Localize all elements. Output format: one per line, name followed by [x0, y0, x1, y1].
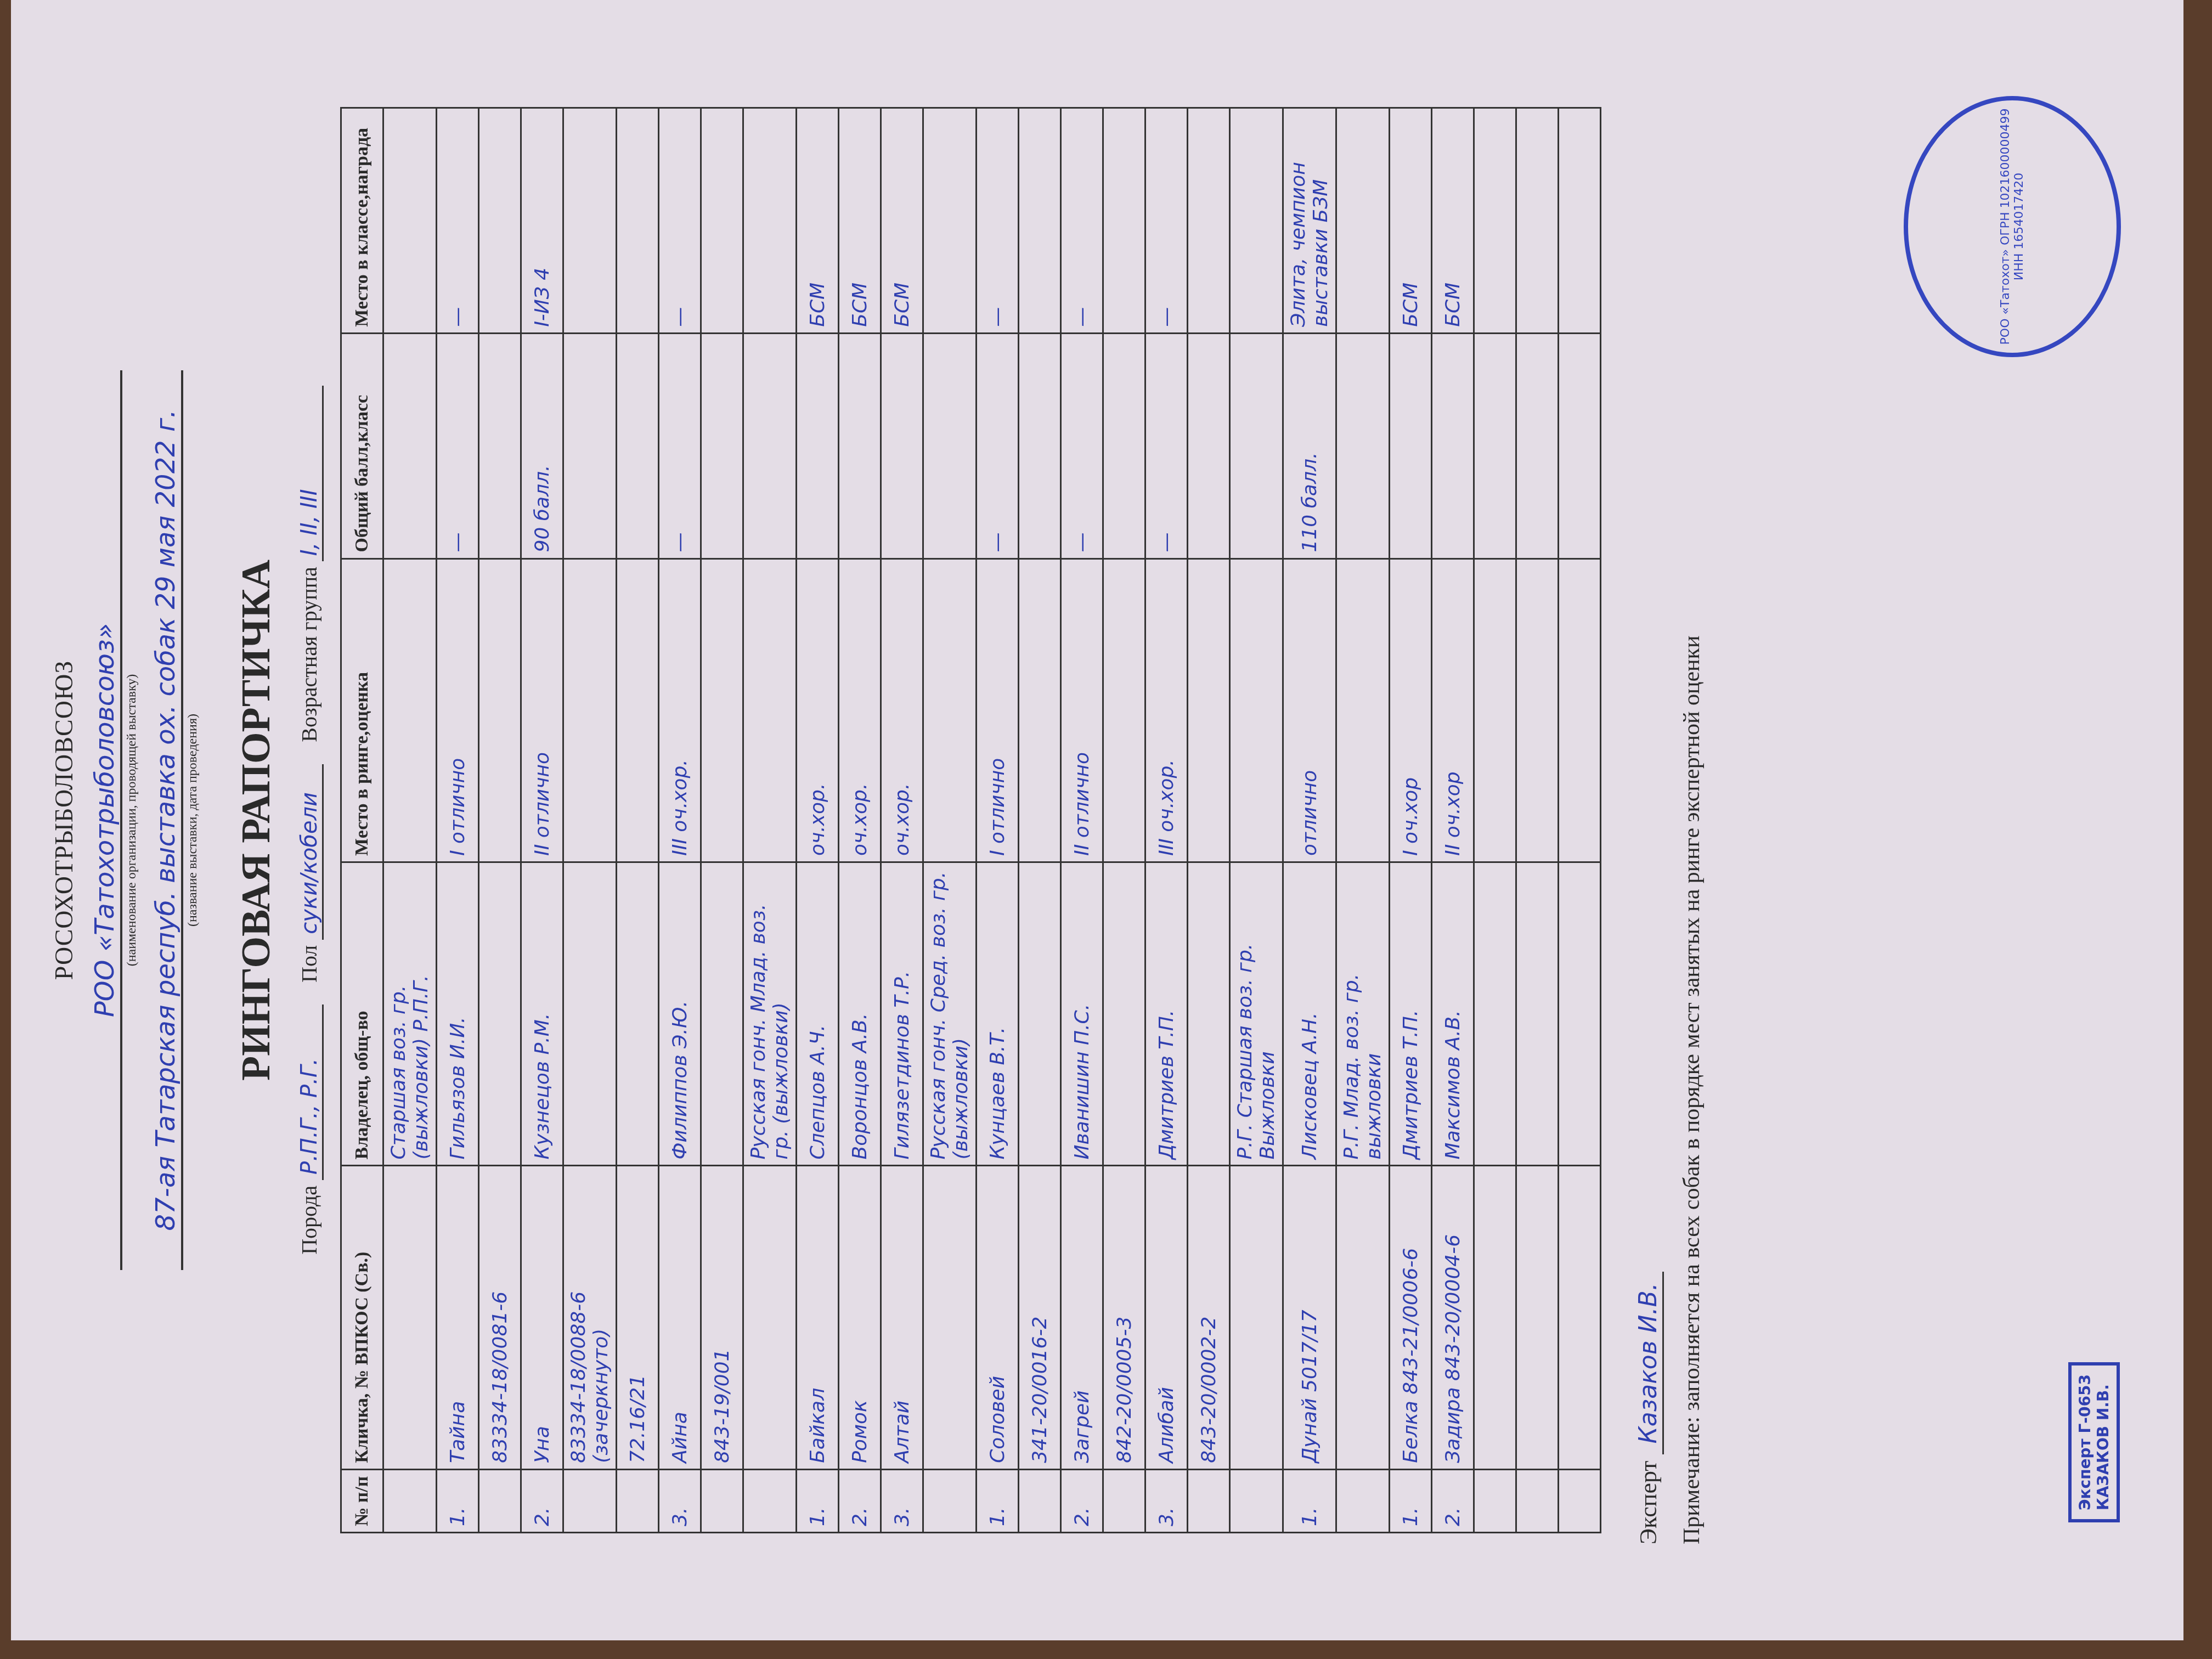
table-cell: 1.: [1390, 1469, 1432, 1532]
table-cell: Дмитриев Т.П.: [1390, 862, 1432, 1165]
table-cell: 1.: [1283, 1469, 1336, 1532]
table-cell: [383, 1166, 437, 1469]
table-cell: [701, 333, 743, 558]
table-row: Русская гонч. Сред. воз. гр. (выжловки): [923, 108, 977, 1533]
table-cell: 843-20/0002-2: [1188, 1166, 1230, 1469]
stamp-line-1: Эксперт Г-0653: [2076, 1374, 2094, 1510]
table-cell: Максимов А.В.: [1432, 862, 1474, 1165]
table-cell: [1019, 1469, 1061, 1532]
table-cell: [743, 333, 797, 558]
table-cell: [1336, 108, 1390, 334]
table-cell: Воронцов А.В.: [839, 862, 881, 1165]
table-cell: [1019, 333, 1061, 558]
table-cell: Ромок: [839, 1166, 881, 1469]
table-row: 2.РомокВоронцов А.В.оч.хор.БСМ: [839, 108, 881, 1533]
table-cell: [617, 862, 659, 1165]
table-cell: БСМ: [881, 108, 923, 334]
union-name: РОСОХОТРЫБОЛОВСОЮЗ: [49, 8, 78, 1632]
table-cell: [1390, 333, 1432, 558]
table-cell: Уна: [521, 1166, 563, 1469]
table-cell: [479, 108, 521, 334]
table-cell: [1019, 862, 1061, 1165]
table-cell: III оч.хор.: [1145, 558, 1188, 862]
table-cell: —: [1061, 108, 1103, 334]
table-cell: [1230, 108, 1283, 334]
table-cell: 2.: [1061, 1469, 1103, 1532]
table-cell: [1474, 333, 1516, 558]
table-cell: [1336, 1469, 1390, 1532]
table-row: 1.БайкалСлепцов А.Ч.оч.хор.БСМ: [797, 108, 839, 1533]
table-row: 1.Дунай 5017/17Лисковец А.Н.отлично110 б…: [1283, 108, 1336, 1533]
table-cell: I оч.хор: [1390, 558, 1432, 862]
table-cell: [1230, 333, 1283, 558]
table-cell: 842-20/0005-3: [1103, 1166, 1145, 1469]
table-row: [1559, 108, 1601, 1533]
table-cell: [1336, 1166, 1390, 1469]
table-row: [1516, 108, 1559, 1533]
column-header: Место в ринге,оценка: [341, 558, 383, 862]
table-row: 3.АлтайГилязетдинов Т.Р.оч.хор.БСМ: [881, 108, 923, 1533]
exhibition-value: 87-ая Татарская респуб. выставка ох. соб…: [150, 370, 183, 1270]
table-cell: [1516, 333, 1559, 558]
table-row: 1.Белка 843-21/0006-6Дмитриев Т.П.I оч.х…: [1390, 108, 1432, 1533]
table-cell: [1516, 862, 1559, 1165]
footnote: Примечание: заполняется на всех собак в …: [1679, 8, 1705, 1544]
table-cell: Элита, чемпион выставки БЗМ: [1283, 108, 1336, 334]
table-cell: [1474, 862, 1516, 1165]
table-cell: [479, 333, 521, 558]
table-cell: —: [1145, 333, 1188, 558]
table-cell: —: [977, 108, 1019, 334]
table-cell: 2.: [839, 1469, 881, 1532]
table-cell: 3.: [1145, 1469, 1188, 1532]
table-cell: [1559, 1469, 1601, 1532]
table-cell: [701, 558, 743, 862]
column-header: Кличка, № ВПКОС (Св.): [341, 1166, 383, 1469]
table-cell: [1474, 108, 1516, 334]
table-cell: Загрей: [1061, 1166, 1103, 1469]
table-cell: Задира 843-20/0004-6: [1432, 1166, 1474, 1469]
table-cell: Русская гонч. Млад. воз. гр. (выжловки): [743, 862, 797, 1165]
table-cell: [1230, 1166, 1283, 1469]
table-cell: [1019, 558, 1061, 862]
page-title: РИНГОВАЯ РАПОРТИЧКА: [233, 8, 280, 1632]
table-cell: Айна: [659, 1166, 701, 1469]
table-cell: [743, 1469, 797, 1532]
column-header: № п/п: [341, 1469, 383, 1532]
table-cell: 341-20/0016-2: [1019, 1166, 1061, 1469]
table-cell: [1474, 1469, 1516, 1532]
table-cell: Байкал: [797, 1166, 839, 1469]
age-label: Возрастная группа: [297, 567, 321, 742]
table-cell: [1559, 333, 1601, 558]
table-row: 843-19/001: [701, 108, 743, 1533]
table-cell: [923, 558, 977, 862]
paper-sheet: РОСОХОТРЫБОЛОВСОЮЗ РОО «Татохотрыболовсо…: [11, 0, 2183, 1640]
table-cell: [1103, 862, 1145, 1165]
table-cell: [701, 108, 743, 334]
table-cell: [1559, 1166, 1601, 1469]
table-cell: [1188, 1469, 1230, 1532]
organization-value: РОО «Татохотрыболовсоюз»: [89, 370, 122, 1270]
table-cell: —: [1061, 333, 1103, 558]
table-cell: [383, 108, 437, 334]
table-row: 843-20/0002-2: [1188, 108, 1230, 1533]
table-row: 2.ЗагрейИванишин П.С.II отлично——: [1061, 108, 1103, 1533]
table-cell: БСМ: [797, 108, 839, 334]
table-cell: Лисковец А.Н.: [1283, 862, 1336, 1165]
table-cell: [1474, 558, 1516, 862]
table-row: 72.16/21: [617, 108, 659, 1533]
table-row: 842-20/0005-3: [1103, 108, 1145, 1533]
table-cell: 90 балл.: [521, 333, 563, 558]
table-cell: 72.16/21: [617, 1166, 659, 1469]
table-cell: [1230, 558, 1283, 862]
table-cell: 3.: [881, 1469, 923, 1532]
table-cell: [1103, 108, 1145, 334]
table-cell: Белка 843-21/0006-6: [1390, 1166, 1432, 1469]
table-cell: [701, 862, 743, 1165]
table-cell: [797, 333, 839, 558]
table-cell: Кузнецов Р.М.: [521, 862, 563, 1165]
table-cell: 2.: [1432, 1469, 1474, 1532]
table-cell: 3.: [659, 1469, 701, 1532]
table-cell: Р.Г. Млад. воз. гр. выжловки: [1336, 862, 1390, 1165]
table-cell: Р.Г. Старшая воз. гр. Выжловки: [1230, 862, 1283, 1165]
table-cell: 1.: [437, 1469, 479, 1532]
table-cell: [383, 333, 437, 558]
table-row: 3.АйнаФилиппов Э.Ю.III оч.хор.——: [659, 108, 701, 1533]
table-cell: [923, 108, 977, 334]
column-header: Общий балл,класс: [341, 333, 383, 558]
table-cell: Соловей: [977, 1166, 1019, 1469]
table-cell: [1336, 558, 1390, 862]
table-cell: отлично: [1283, 558, 1336, 862]
table-cell: [383, 1469, 437, 1532]
expert-line: Эксперт Казаков И.В.: [1634, 8, 1662, 1544]
table-cell: 83334-18/0088-6 (зачеркнуто): [563, 1166, 617, 1469]
breed-field[interactable]: Р.П.Г., Р.Г.: [297, 1005, 324, 1180]
table-cell: Алтай: [881, 1166, 923, 1469]
table-cell: —: [1145, 108, 1188, 334]
table-cell: Филиппов Э.Ю.: [659, 862, 701, 1165]
table-cell: —: [977, 333, 1019, 558]
table-row: Старшая воз. гр. (выжловки) Р.П.Г.: [383, 108, 437, 1533]
table-cell: —: [659, 333, 701, 558]
table-cell: [563, 333, 617, 558]
results-table: № п/пКличка, № ВПКОС (Св.)Владелец, общ-…: [340, 107, 1601, 1533]
table-cell: [923, 1469, 977, 1532]
table-cell: [1103, 1469, 1145, 1532]
table-cell: [1516, 108, 1559, 334]
expert-label: Эксперт: [1635, 1460, 1662, 1544]
table-row: 83334-18/0088-6 (зачеркнуто): [563, 108, 617, 1533]
table-cell: —: [659, 108, 701, 334]
table-cell: [617, 558, 659, 862]
table-cell: [1336, 333, 1390, 558]
organization-seal: РОО «Татохот» ОГРН 1021600000499 ИНН 165…: [1904, 96, 2121, 357]
table-cell: [923, 1166, 977, 1469]
table-row: Р.Г. Млад. воз. гр. выжловки: [1336, 108, 1390, 1533]
table-row: 2.УнаКузнецов Р.М.II отлично90 балл.I-ИЗ…: [521, 108, 563, 1533]
table-cell: [383, 558, 437, 862]
table-row: 83334-18/0081-6: [479, 108, 521, 1533]
table-row: [1474, 108, 1516, 1533]
organization-caption: (наименование организации, проводящей вы…: [125, 8, 139, 1632]
sex-label: Пол: [297, 945, 321, 983]
table-cell: II отлично: [521, 558, 563, 862]
table-cell: 83334-18/0081-6: [479, 1166, 521, 1469]
table-cell: [563, 108, 617, 334]
table-cell: I-ИЗ 4: [521, 108, 563, 334]
table-cell: [881, 333, 923, 558]
table-cell: [1103, 558, 1145, 862]
table-cell: III оч.хор.: [659, 558, 701, 862]
exhibition-caption: (название выставки, дата проведения): [185, 8, 200, 1632]
table-cell: Слепцов А.Ч.: [797, 862, 839, 1165]
table-cell: [1474, 1166, 1516, 1469]
table-cell: 1.: [797, 1469, 839, 1532]
table-cell: [617, 108, 659, 334]
table-cell: [1188, 558, 1230, 862]
table-cell: [1559, 108, 1601, 334]
table-row: 1.СоловейКунцаев В.Т.I отлично——: [977, 108, 1019, 1533]
table-cell: [743, 1166, 797, 1469]
table-cell: 843-19/001: [701, 1166, 743, 1469]
form-meta: Порода Р.П.Г., Р.Г. Пол суки/кобели Возр…: [296, 8, 324, 1632]
seal-text: РОО «Татохот» ОГРН 1021600000499 ИНН 165…: [1999, 100, 2026, 353]
table-row: 1.ТайнаГильязов И.И.I отлично——: [437, 108, 479, 1533]
table-cell: Дунай 5017/17: [1283, 1166, 1336, 1469]
table-cell: [743, 108, 797, 334]
table-cell: [1188, 862, 1230, 1165]
table-cell: [1516, 1166, 1559, 1469]
expert-signature: Казаков И.В.: [1634, 1272, 1664, 1454]
table-cell: БСМ: [1390, 108, 1432, 334]
table-cell: [563, 1469, 617, 1532]
table-cell: [1432, 333, 1474, 558]
table-cell: [563, 862, 617, 1165]
table-row: Русская гонч. Млад. воз. гр. (выжловки): [743, 108, 797, 1533]
column-header: Владелец, общ-во: [341, 862, 383, 1165]
table-cell: —: [437, 108, 479, 334]
table-cell: Старшая воз. гр. (выжловки) Р.П.Г.: [383, 862, 437, 1165]
table-cell: [923, 333, 977, 558]
stamp-line-2: КАЗАКОВ И.В.: [2094, 1374, 2112, 1510]
table-cell: [479, 862, 521, 1165]
table-row: Р.Г. Старшая воз. гр. Выжловки: [1230, 108, 1283, 1533]
table-cell: БСМ: [1432, 108, 1474, 334]
table-cell: [479, 1469, 521, 1532]
table-cell: [1019, 108, 1061, 334]
column-header: Место в классе,награда: [341, 108, 383, 334]
table-cell: I отлично: [977, 558, 1019, 862]
table-cell: [1559, 862, 1601, 1165]
table-cell: [1103, 333, 1145, 558]
table-cell: Дмитриев Т.П.: [1145, 862, 1188, 1165]
table-cell: оч.хор.: [881, 558, 923, 862]
table-cell: [1516, 558, 1559, 862]
table-cell: БСМ: [839, 108, 881, 334]
table-cell: [1516, 1469, 1559, 1532]
table-row: 341-20/0016-2: [1019, 108, 1061, 1533]
sex-field[interactable]: суки/кобели: [297, 764, 324, 940]
table-cell: Гилязетдинов Т.Р.: [881, 862, 923, 1165]
table-cell: Кунцаев В.Т.: [977, 862, 1019, 1165]
table-cell: 2.: [521, 1469, 563, 1532]
table-cell: [617, 333, 659, 558]
table-cell: [743, 558, 797, 862]
table-cell: Тайна: [437, 1166, 479, 1469]
table-cell: [839, 333, 881, 558]
table-cell: [1559, 558, 1601, 862]
table-cell: II оч.хор: [1432, 558, 1474, 862]
breed-label: Порода: [297, 1186, 321, 1255]
table-cell: Алибай: [1145, 1166, 1188, 1469]
table-cell: 1.: [977, 1469, 1019, 1532]
table-row: 2.Задира 843-20/0004-6Максимов А.В.II оч…: [1432, 108, 1474, 1533]
table-cell: [479, 558, 521, 862]
table-cell: Иванишин П.С.: [1061, 862, 1103, 1165]
table-cell: [1188, 333, 1230, 558]
table-cell: [1230, 1469, 1283, 1532]
table-cell: 110 балл.: [1283, 333, 1336, 558]
table-cell: оч.хор.: [797, 558, 839, 862]
table-cell: [563, 558, 617, 862]
table-cell: —: [437, 333, 479, 558]
table-cell: II отлично: [1061, 558, 1103, 862]
table-cell: оч.хор.: [839, 558, 881, 862]
table-cell: [617, 1469, 659, 1532]
table-cell: Русская гонч. Сред. воз. гр. (выжловки): [923, 862, 977, 1165]
table-cell: [1188, 108, 1230, 334]
table-cell: I отлично: [437, 558, 479, 862]
age-group-field[interactable]: I, II, III: [297, 386, 324, 561]
document-page: РОСОХОТРЫБОЛОВСОЮЗ РОО «Татохотрыболовсо…: [27, 8, 2167, 1632]
expert-stamp: Эксперт Г-0653 КАЗАКОВ И.В.: [2068, 1362, 2120, 1522]
table-row: 3.АлибайДмитриев Т.П.III оч.хор.——: [1145, 108, 1188, 1533]
table-cell: [701, 1469, 743, 1532]
table-cell: Гильязов И.И.: [437, 862, 479, 1165]
